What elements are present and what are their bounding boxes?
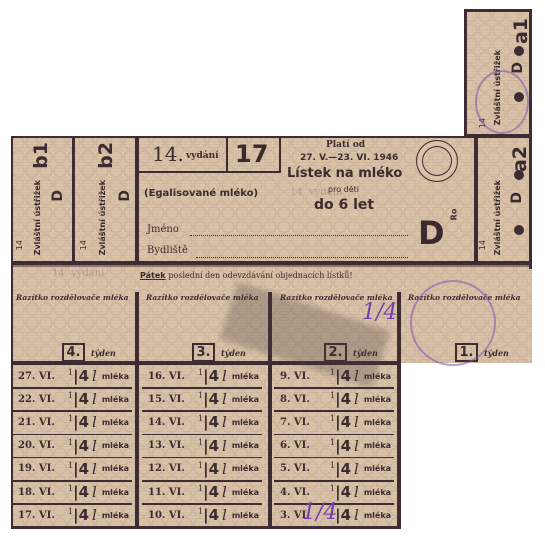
card-title: Lístek na mléko	[287, 166, 402, 181]
ration-item: mléka	[232, 464, 259, 473]
coupon-date: 12. VI.	[148, 463, 188, 474]
daily-milk-coupon: 21. VI.1|4lmléka	[18, 411, 129, 433]
ration-item: mléka	[102, 511, 129, 520]
coupon-date: 5. VI.	[280, 463, 320, 474]
coupon-date: 9. VI.	[280, 371, 320, 382]
row-divider	[142, 410, 262, 412]
row-divider	[12, 480, 132, 482]
coupon-date: 27. VI.	[18, 371, 58, 382]
ration-unit: l	[354, 390, 359, 408]
coupon-date: 13. VI.	[148, 440, 188, 451]
ration-unit: l	[222, 460, 227, 478]
ration-unit: l	[92, 390, 97, 408]
ration-amount: 1|4	[68, 413, 89, 431]
week-label: týden	[221, 348, 246, 358]
ration-item: mléka	[364, 395, 391, 404]
coupon-date: 4. VI.	[280, 487, 320, 498]
ration-item: mléka	[232, 372, 259, 381]
daily-milk-coupon: 5. VI.1|4lmléka	[280, 458, 391, 480]
daily-milk-coupon: 16. VI.1|4lmléka	[148, 365, 259, 387]
ration-unit: l	[222, 367, 227, 385]
coupon-b2-letter: D	[117, 190, 133, 202]
coupon-date: 11. VI.	[148, 487, 188, 498]
valid-period: 27. V.—23. VI. 1946	[300, 153, 398, 163]
ro-mark: Ro	[449, 209, 458, 221]
ration-item: mléka	[232, 488, 259, 497]
name-field[interactable]	[190, 234, 408, 236]
ration-item: mléka	[232, 395, 259, 404]
friday-notice: Pátek poslední den odevzdávání objednací…	[140, 271, 353, 280]
ration-item: mléka	[364, 511, 391, 520]
row-divider	[274, 480, 394, 482]
punch-dot-icon	[514, 46, 524, 56]
residence-field[interactable]	[196, 256, 408, 258]
daily-milk-coupon: 27. VI.1|4lmléka	[18, 365, 129, 387]
daily-milk-coupon: 17. VI.1|4lmléka	[18, 504, 129, 526]
ration-item: mléka	[102, 372, 129, 381]
week-number: 4.	[62, 343, 85, 362]
daily-milk-coupon: 10. VI.1|4lmléka	[148, 504, 259, 526]
ration-amount: 1|4	[198, 437, 219, 455]
ration-unit: l	[222, 483, 227, 501]
row-divider	[274, 434, 394, 436]
friday-notice-bold: Pátek	[140, 271, 166, 280]
ration-unit: l	[92, 506, 97, 524]
faint-edition: 14. vydání	[290, 187, 342, 198]
ration-amount: 1|4	[68, 437, 89, 455]
ration-amount: 1|4	[330, 413, 351, 431]
coupon-date: 20. VI.	[18, 440, 58, 451]
ration-item: mléka	[364, 441, 391, 450]
row-divider	[142, 503, 262, 505]
ration-unit: l	[354, 437, 359, 455]
daily-milk-coupon: 20. VI.1|4lmléka	[18, 435, 129, 457]
ration-item: mléka	[102, 441, 129, 450]
ration-item: mléka	[364, 464, 391, 473]
coupon-b1-edition: 14	[15, 240, 24, 250]
row-divider	[142, 434, 262, 436]
coupon-date: 8. VI.	[280, 394, 320, 405]
edition-label: vydání	[186, 151, 219, 161]
row-divider	[12, 503, 132, 505]
ration-unit: l	[354, 483, 359, 501]
coupon-date: 17. VI.	[18, 510, 58, 521]
coupon-date: 15. VI.	[148, 394, 188, 405]
ration-item: mléka	[364, 488, 391, 497]
row-divider	[274, 410, 394, 412]
state-emblem-seal	[416, 140, 458, 182]
daily-milk-coupon: 14. VI.1|4lmléka	[148, 411, 259, 433]
daily-milk-coupon: 19. VI.1|4lmléka	[18, 458, 129, 480]
ration-amount: 1|4	[198, 413, 219, 431]
week-label: týden	[484, 348, 509, 358]
punch-dot-icon	[514, 225, 524, 235]
daily-milk-coupon: 15. VI.1|4lmléka	[148, 388, 259, 410]
age-limit: do 6 let	[314, 197, 374, 213]
handwritten-mark-bottom: 1/4	[302, 500, 337, 525]
violet-stamp-top	[475, 70, 529, 134]
coupon-b1-code: b1	[30, 142, 52, 169]
ration-amount: 1|4	[68, 506, 89, 524]
ration-item: mléka	[364, 418, 391, 427]
coupon-b2-code: b2	[95, 142, 117, 169]
row-divider	[12, 457, 132, 459]
stamp-caption-week-4: Razítko rozdělovače mléka	[16, 293, 129, 302]
coupon-date: 16. VI.	[148, 371, 188, 382]
ration-amount: 1|4	[198, 460, 219, 478]
ration-amount: 1|4	[330, 390, 351, 408]
name-label: Jméno	[147, 224, 179, 235]
ration-unit: l	[222, 506, 227, 524]
coupon-b2-label: Zvláštní ústřižek	[98, 180, 107, 255]
category-letter: D	[418, 214, 445, 252]
coupon-date: 19. VI.	[18, 463, 58, 474]
coupon-a2-letter: D	[509, 192, 525, 204]
coupon-a2-edition: 14	[478, 240, 487, 250]
ration-unit: l	[92, 483, 97, 501]
row-divider	[274, 387, 394, 389]
ration-item: mléka	[102, 464, 129, 473]
ration-amount: 1|4	[198, 390, 219, 408]
ration-unit: l	[222, 390, 227, 408]
ration-unit: l	[354, 413, 359, 431]
ration-item: mléka	[102, 395, 129, 404]
ration-unit: l	[92, 460, 97, 478]
row-divider	[142, 480, 262, 482]
row-divider	[142, 387, 262, 389]
ration-amount: 1|4	[198, 367, 219, 385]
coupon-date: 7. VI.	[280, 417, 320, 428]
row-divider	[274, 457, 394, 459]
coupon-a2-code: a2	[509, 146, 531, 172]
week-3-header: 3.týden	[192, 343, 246, 362]
ration-amount: 1|4	[68, 460, 89, 478]
friday-notice-rest: poslední den odevzdávání objednacích lís…	[168, 271, 352, 280]
ration-unit: l	[92, 413, 97, 431]
coupon-b2-edition: 14	[79, 240, 88, 250]
daily-milk-coupon: 18. VI.1|4lmléka	[18, 481, 129, 503]
ration-item: mléka	[232, 511, 259, 520]
ration-amount: 1|4	[198, 506, 219, 524]
daily-milk-coupon: 7. VI.1|4lmléka	[280, 411, 391, 433]
valid-from-label: Platí od	[326, 140, 365, 150]
daily-milk-coupon: 12. VI.1|4lmléka	[148, 458, 259, 480]
coupon-date: 22. VI.	[18, 394, 58, 405]
ration-amount: 1|4	[198, 483, 219, 501]
row-divider	[142, 457, 262, 459]
ration-amount: 1|4	[330, 437, 351, 455]
row-divider	[12, 434, 132, 436]
milk-type: (Egalisované mléko)	[144, 188, 258, 199]
daily-milk-coupon: 6. VI.1|4lmléka	[280, 435, 391, 457]
daily-milk-coupon: 13. VI.1|4lmléka	[148, 435, 259, 457]
ration-amount: 1|4	[330, 483, 351, 501]
handwritten-mark: 1/4	[362, 300, 397, 325]
edition-number: 14.	[152, 142, 184, 166]
coupon-b1-label: Zvláštní ústřižek	[33, 180, 42, 255]
week-number: 3.	[192, 343, 215, 362]
row-divider	[12, 387, 132, 389]
ration-item: mléka	[232, 418, 259, 427]
coupon-date: 18. VI.	[18, 487, 58, 498]
ration-amount: 1|4	[68, 483, 89, 501]
ration-item: mléka	[102, 418, 129, 427]
ration-unit: l	[92, 367, 97, 385]
ration-amount: 1|4	[330, 460, 351, 478]
daily-milk-coupon: 11. VI.1|4lmléka	[148, 481, 259, 503]
daily-milk-coupon: 22. VI.1|4lmléka	[18, 388, 129, 410]
coupon-a1-code: a1	[510, 18, 532, 44]
ration-amount: 1|4	[68, 390, 89, 408]
residence-label: Bydliště	[147, 245, 188, 256]
ration-unit: l	[354, 506, 359, 524]
ration-unit: l	[354, 460, 359, 478]
coupon-b1-letter: D	[50, 190, 66, 202]
coupon-date: 10. VI.	[148, 510, 188, 521]
ration-amount: 1|4	[68, 367, 89, 385]
daily-milk-coupon: 8. VI.1|4lmléka	[280, 388, 391, 410]
ration-item: mléka	[102, 488, 129, 497]
faint-edition-notice: 14. vydání	[52, 268, 104, 279]
coupon-date: 21. VI.	[18, 417, 58, 428]
ration-item: mléka	[232, 441, 259, 450]
ration-unit: l	[222, 413, 227, 431]
coupon-date: 6. VI.	[280, 440, 320, 451]
ration-unit: l	[222, 437, 227, 455]
ration-unit: l	[92, 437, 97, 455]
row-divider	[12, 410, 132, 412]
coupon-date: 14. VI.	[148, 417, 188, 428]
coupon-a2-label: Zvláštní ústřižek	[493, 180, 502, 255]
week-label: týden	[91, 348, 116, 358]
serial-number: 17	[235, 140, 268, 168]
punch-dot-icon	[514, 170, 524, 180]
week-4-header: 4.týden	[62, 343, 116, 362]
violet-distributor-stamp	[410, 280, 496, 366]
